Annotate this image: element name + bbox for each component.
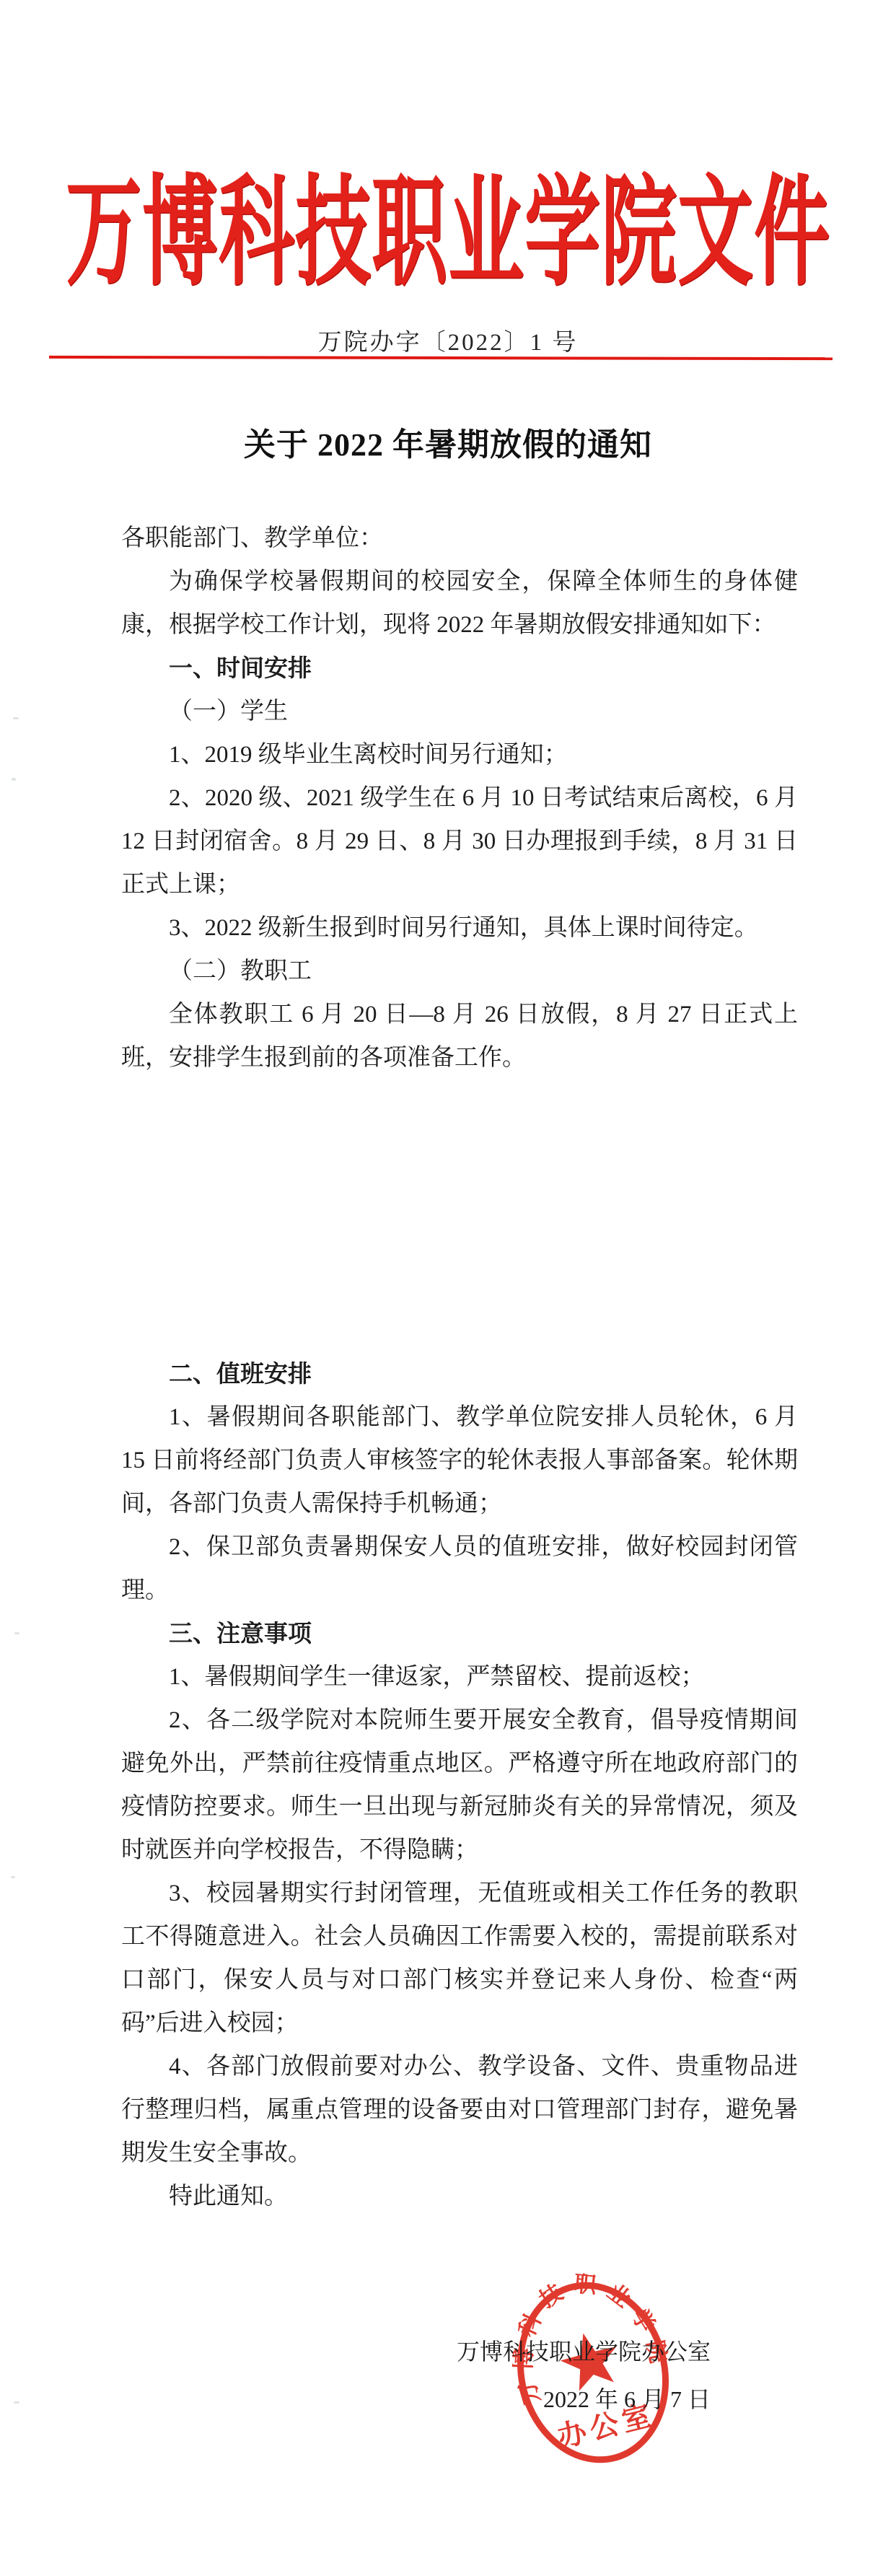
letterhead-divider-rule bbox=[49, 356, 833, 360]
scan-artifact bbox=[12, 778, 16, 781]
paragraph-item: 3、2022 级新生报到时间另行通知，具体上课时间待定。 bbox=[121, 906, 798, 950]
paragraph-item: 3、校园暑期实行封闭管理，无值班或相关工作任务的教职工不得随意进入。社会人员确因… bbox=[121, 1872, 798, 2045]
page-title: 关于 2022 年暑期放假的通知 bbox=[0, 419, 896, 465]
letterhead-title: 万博科技职业学院文件 bbox=[66, 173, 830, 293]
subsection-students: （一）学生 bbox=[121, 690, 798, 733]
scan-artifact bbox=[11, 1876, 15, 1878]
paragraph-item: 2、各二级学院对本院师生要开展安全教育，倡导疫情期间避免外出，严禁前往疫情重点地… bbox=[121, 1699, 798, 1872]
paragraph-item: 1、暑假期间各职能部门、教学单位院安排人员轮休，6 月 15 日前将经部门负责人… bbox=[121, 1396, 798, 1525]
scan-artifact bbox=[14, 1632, 19, 1634]
subsection-staff: （二）教职工 bbox=[121, 950, 798, 993]
section-heading-3: 三、注意事项 bbox=[121, 1612, 798, 1655]
page-break-gap bbox=[121, 1079, 798, 1352]
signature-block: 万博科技职业学院办公室 2022 年 6 月 7 日 bbox=[0, 2328, 711, 2423]
paragraph-intro: 为确保学校暑假期间的校园安全，保障全体师生的身体健康，根据学校工作计划，现将 2… bbox=[121, 560, 798, 647]
letterhead: 万博科技职业学院文件 bbox=[0, 173, 896, 249]
paragraph-item: 4、各部门放假前要对办公、教学设备、文件、贵重物品进行整理归档，属重点管理的设备… bbox=[121, 2045, 798, 2175]
scan-artifact bbox=[13, 717, 19, 719]
paragraph-item: 1、2019 级毕业生离校时间另行通知； bbox=[121, 733, 798, 776]
salutation: 各职能部门、教学单位： bbox=[121, 517, 798, 560]
section-heading-1: 一、时间安排 bbox=[121, 647, 798, 690]
paragraph-item: 全体教职工 6 月 20 日—8 月 26 日放假，8 月 27 日正式上班，安… bbox=[121, 993, 798, 1079]
closing-line: 特此通知。 bbox=[121, 2175, 798, 2218]
paragraph-item: 2、保卫部负责暑期保安人员的值班安排，做好校园封闭管理。 bbox=[121, 1525, 798, 1612]
document-number: 万院办字〔2022〕1 号 bbox=[0, 323, 896, 357]
paragraph-item: 1、暑假期间学生一律返家，严禁留校、提前返校； bbox=[121, 1655, 798, 1699]
document-page: 万博科技职业学院文件 万院办字〔2022〕1 号 关于 2022 年暑期放假的通… bbox=[0, 0, 896, 2576]
signature-date: 2022 年 6 月 7 日 bbox=[0, 2375, 711, 2423]
signature-org: 万博科技职业学院办公室 bbox=[0, 2328, 711, 2375]
paragraph-item: 2、2020 级、2021 级学生在 6 月 10 日考试结束后离校，6 月 1… bbox=[121, 776, 798, 906]
section-heading-2: 二、值班安排 bbox=[121, 1352, 798, 1396]
document-body: 各职能部门、教学单位： 为确保学校暑假期间的校园安全，保障全体师生的身体健康，根… bbox=[121, 517, 798, 2218]
